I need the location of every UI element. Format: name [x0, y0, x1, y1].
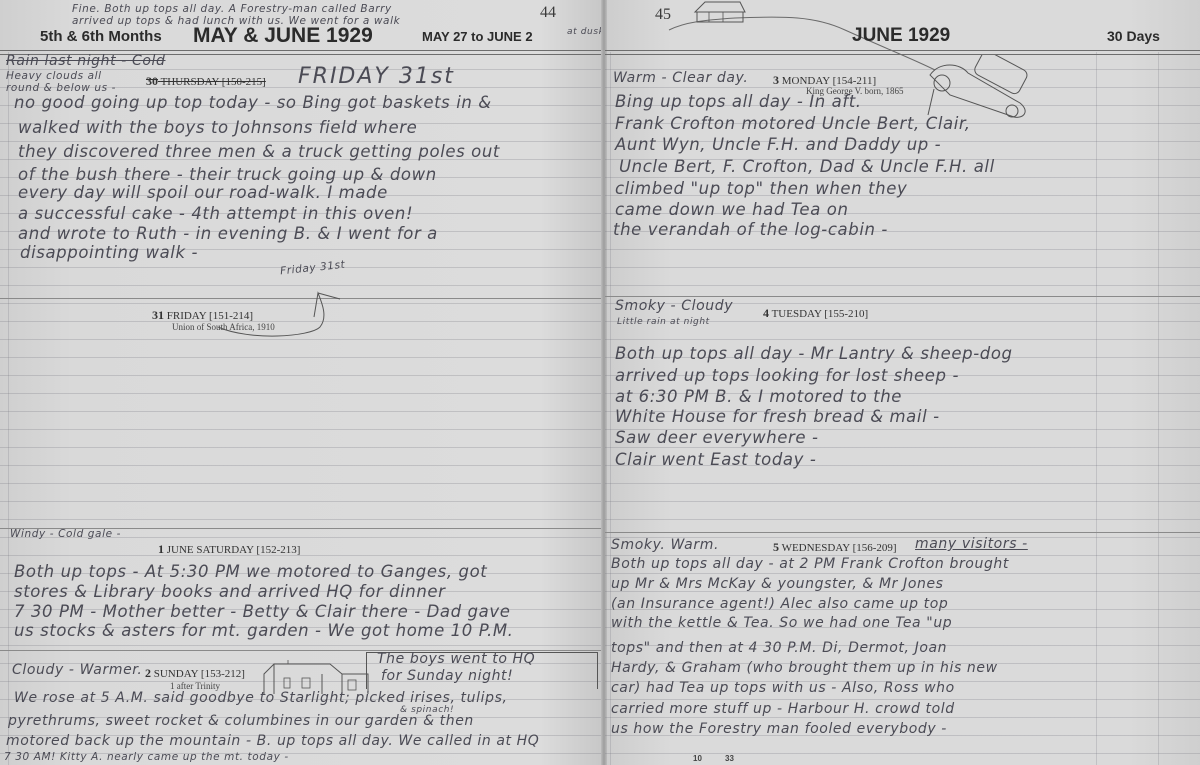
entry-line: up Mr & Mrs McKay & youngster, & Mr Jone… [611, 576, 944, 592]
arrow-sketch [210, 285, 350, 345]
top-margin-aside: at dusk [567, 27, 604, 37]
entry-line: 7 30 AM! Kitty A. nearly came up the mt.… [4, 751, 289, 763]
top-margin-note: Fine. Both up tops all day. A Forestry-m… [72, 3, 392, 15]
section-divider [605, 532, 1200, 533]
entry-line: Clair went East today - [615, 450, 816, 469]
section-divider [605, 296, 1200, 297]
day-heading-tuesday-4: 4 TUESDAY [155-210] [763, 306, 868, 321]
months-label: 5th & 6th Months [40, 28, 162, 45]
margin-line [1158, 52, 1159, 765]
left-page: Fine. Both up tops all day. A Forestry-m… [0, 0, 605, 765]
entry-line: us how the Forestry man fooled everybody… [611, 721, 947, 737]
day-heading-sunday-2: 2 SUNDAY [153-212] [145, 666, 245, 681]
weather-note: Smoky. Warm. [611, 537, 719, 553]
header-note: many visitors - [915, 536, 1028, 552]
entry-line: a successful cake - 4th attempt in this … [18, 204, 413, 223]
entry-line: Both up tops all day - at 2 PM Frank Cro… [611, 556, 1009, 572]
entry-line: motored back up the mountain - B. up top… [6, 733, 539, 749]
boxed-note: The boys went to HQ for Sunday night! [366, 652, 598, 689]
entry-line: us stocks & asters for mt. garden - We g… [14, 621, 514, 640]
entry-line: We rose at 5 A.M. said goodbye to Starli… [14, 690, 508, 706]
entry-line: (an Insurance agent!) Alec also came up … [611, 596, 948, 612]
weather-note: Rain last night - Cold [6, 53, 166, 69]
entry-line: Hardy, & Graham (who brought them up in … [611, 660, 998, 676]
entry-line: Frank Crofton motored Uncle Bert, Clair, [615, 114, 971, 133]
margin-line [8, 52, 9, 765]
entry-line: pyrethrums, sweet rocket & columbines in… [8, 713, 474, 729]
entry-line: 7 30 PM - Mother better - Betty & Clair … [14, 602, 510, 621]
days-label: 30 Days [1107, 28, 1160, 44]
weather-note: Smoky - Cloudy [615, 298, 733, 314]
footer-code: 33 [725, 754, 734, 763]
boxed-note-line: for Sunday night! [381, 668, 513, 684]
entry-line: Saw deer everywhere - [615, 428, 819, 447]
boxed-note-line: The boys went to HQ [377, 651, 535, 667]
entry-line: every day will spoil our road-walk. I ma… [18, 183, 388, 202]
entry-line: Aunt Wyn, Uncle F.H. and Daddy up - [615, 135, 941, 154]
entry-line: came down we had Tea on [615, 200, 849, 219]
margin-line [610, 52, 611, 765]
entry-line: they discovered three men & a truck gett… [18, 142, 500, 161]
day-heading-thursday-30: 30 THURSDAY [150-215] [146, 74, 266, 89]
entry-line: stores & Library books and arrived HQ fo… [14, 582, 446, 601]
entry-line: walked with the boys to Johnsons field w… [18, 118, 417, 137]
entry-line: tops" and then at 4 30 P.M. Di, Dermot, … [611, 640, 947, 656]
entry-line: and wrote to Ruth - in evening B. & I we… [18, 224, 438, 243]
date-range: MAY 27 to JUNE 2 [422, 29, 533, 44]
weather-note: Heavy clouds all [6, 70, 102, 82]
entry-line: White House for fresh bread & mail - [615, 407, 940, 426]
page-number: 44 [540, 4, 556, 22]
diary-spread: Fine. Both up tops all day. A Forestry-m… [0, 0, 1200, 765]
entry-line: with the kettle & Tea. So we had one Tea… [611, 615, 952, 631]
entry-line: Uncle Bert, F. Crofton, Dad & Uncle F.H.… [619, 157, 995, 176]
footer-code: 10 [693, 754, 702, 763]
day-heading-wednesday-5: 5 WEDNESDAY [156-209] [773, 540, 897, 555]
entry-line: the verandah of the log-cabin - [613, 220, 888, 239]
entry-line: of the bush there - their truck going up… [18, 165, 437, 184]
right-page: 45 JUNE 1929 30 Days Warm - Clear day. 3… [605, 0, 1200, 765]
entry-line: car) had Tea up tops with us - Also, Ros… [611, 680, 955, 696]
page-title: MAY & JUNE 1929 [193, 24, 373, 48]
weather-note: Little rain at night [617, 317, 710, 327]
weather-note: Cloudy - Warmer. [12, 662, 142, 678]
page-title: JUNE 1929 [852, 25, 950, 47]
entry-line: arrived up tops looking for lost sheep - [615, 366, 959, 385]
entry-line: climbed "up top" then when they [615, 179, 907, 198]
header-rule [605, 50, 1200, 55]
entry-line: Both up tops - At 5:30 PM we motored to … [14, 562, 487, 581]
entry-line: disappointing walk - [20, 243, 198, 262]
day-heading-saturday-1: 1 JUNE SATURDAY [152-213] [158, 542, 300, 557]
margin-line [1096, 52, 1097, 765]
entry-line: no good going up top today - so Bing got… [14, 93, 492, 112]
entry-line: at 6:30 PM B. & I motored to the [615, 387, 902, 406]
entry-line: carried more stuff up - Harbour H. crowd… [611, 701, 955, 717]
entry-line: Bing up tops all day - In aft. [615, 92, 862, 111]
entry-line: Both up tops all day - Mr Lantry & sheep… [615, 344, 1013, 363]
weather-note: Windy - Cold gale - [10, 528, 121, 540]
weather-note: Warm - Clear day. [613, 70, 748, 86]
handwritten-date: FRIDAY 31st [298, 64, 455, 89]
